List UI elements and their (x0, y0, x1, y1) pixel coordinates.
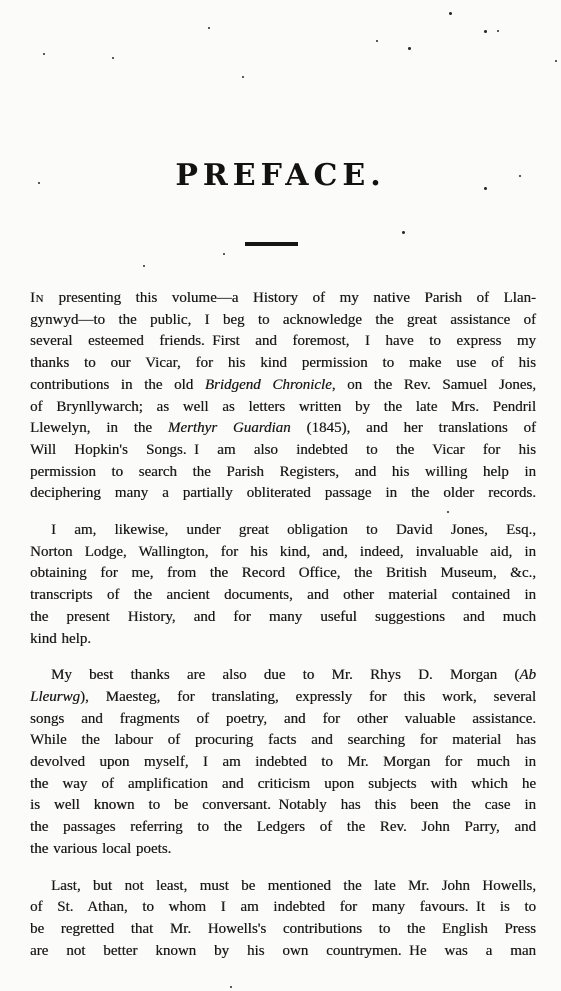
paragraph: I am, likewise, under great obligation t… (30, 520, 536, 650)
text-line: of Brynllywarch; as well as letters writ… (30, 397, 536, 419)
text-run: Norton Lodge, Wallington, for his kind, … (30, 544, 536, 560)
scan-speckle (230, 986, 232, 988)
text-line: thanks to our Vicar, for his kind permis… (30, 353, 536, 375)
text-run: of St. Athan, to whom I am indebted for … (30, 899, 536, 915)
text-line: I am, likewise, under great obligation t… (30, 520, 536, 542)
text-line: of St. Athan, to whom I am indebted for … (30, 897, 536, 919)
text-run: In (30, 290, 44, 306)
text-line: the present History, and for many useful… (30, 607, 536, 629)
text-line: Norton Lodge, Wallington, for his kind, … (30, 542, 536, 564)
page-title: PREFACE. (0, 158, 561, 193)
text-run: deciphering many a partially obliterated… (30, 485, 536, 501)
text-run: the various local poets. (30, 841, 171, 857)
text-line: Last, but not least, must be mentioned t… (30, 876, 536, 898)
text-run: (1845), and her translations of (291, 420, 536, 436)
text-line: several esteemed friends. First and fore… (30, 331, 536, 353)
text-line: Llewelyn, in the Merthyr Guardian (1845)… (30, 418, 536, 440)
scan-speckle (112, 57, 114, 59)
scan-speckle (208, 27, 210, 29)
text-run: Last, but not least, must be mentioned t… (51, 878, 536, 894)
text-line: obtaining for me, from the Record Office… (30, 563, 536, 585)
preface-text: In presenting this volume—a History of m… (30, 288, 536, 962)
italic-text-run: Merthyr Guardian (168, 420, 291, 436)
scan-speckle (484, 187, 487, 190)
text-run: the passages referring to the Ledgers of… (30, 819, 536, 835)
paragraph: My best thanks are also due to Mr. Rhys … (30, 665, 536, 860)
scan-speckle (555, 60, 557, 62)
scan-speckle (449, 12, 452, 15)
text-run: kind help. (30, 631, 91, 647)
text-run: are not better known by his own countrym… (30, 943, 536, 959)
text-run: several esteemed friends. First and fore… (30, 333, 536, 349)
text-line: the various local poets. (30, 839, 536, 861)
text-line: kind help. (30, 629, 536, 651)
text-line: gynwyd—to the public, I beg to acknowled… (30, 310, 536, 332)
text-line: contributions in the old Bridgend Chroni… (30, 375, 536, 397)
book-page: PREFACE. In presenting this volume—a His… (0, 0, 561, 991)
text-line: While the labour of procuring facts and … (30, 730, 536, 752)
scan-speckle (519, 175, 521, 177)
text-run: songs and fragments of poetry, and for o… (30, 711, 536, 727)
text-line: the way of amplification and criticism u… (30, 774, 536, 796)
text-run: is well known to be conversant. Notably … (30, 797, 536, 813)
text-run: thanks to our Vicar, for his kind permis… (30, 355, 536, 371)
text-line: the passages referring to the Ledgers of… (30, 817, 536, 839)
text-line: My best thanks are also due to Mr. Rhys … (30, 665, 536, 687)
scan-speckle (43, 53, 45, 55)
text-run: of Brynllywarch; as well as letters writ… (30, 399, 536, 415)
text-line: In presenting this volume—a History of m… (30, 288, 536, 310)
text-run: My best thanks are also due to Mr. Rhys … (51, 667, 519, 683)
scan-speckle (484, 30, 487, 33)
text-line: transcripts of the ancient documents, an… (30, 585, 536, 607)
scan-speckle (408, 47, 411, 50)
title-divider (245, 242, 298, 246)
scan-speckle (447, 511, 449, 513)
text-run: the present History, and for many useful… (30, 609, 536, 625)
text-line: is well known to be conversant. Notably … (30, 795, 536, 817)
scan-speckle (143, 265, 145, 267)
text-run: the way of amplification and criticism u… (30, 776, 536, 792)
paragraph: In presenting this volume—a History of m… (30, 288, 536, 505)
text-line: devolved upon myself, I am indebted to M… (30, 752, 536, 774)
scan-speckle (402, 231, 405, 234)
text-line: be regretted that Mr. Howells's contribu… (30, 919, 536, 941)
text-run: permission to search the Parish Register… (30, 464, 536, 480)
text-run: ), Maesteg, for translating, expressly f… (80, 689, 536, 705)
text-run: , on the Rev. Samuel Jones, (332, 377, 536, 393)
scan-speckle (376, 40, 378, 42)
text-run: contributions in the old (30, 377, 205, 393)
scan-speckle (497, 30, 499, 32)
text-line: are not better known by his own countrym… (30, 941, 536, 963)
text-line: permission to search the Parish Register… (30, 462, 536, 484)
paragraph: Last, but not least, must be mentioned t… (30, 876, 536, 963)
text-run: While the labour of procuring facts and … (30, 732, 536, 748)
italic-text-run: Ab (519, 667, 536, 683)
text-run: presenting this volume—a History of my n… (44, 290, 536, 306)
text-run: I am, likewise, under great obligation t… (51, 522, 536, 538)
text-line: Lleurwg), Maesteg, for translating, expr… (30, 687, 536, 709)
text-line: Will Hopkin's Songs. I am also indebted … (30, 440, 536, 462)
text-line: deciphering many a partially obliterated… (30, 483, 536, 505)
italic-text-run: Bridgend Chronicle (205, 377, 332, 393)
scan-speckle (223, 253, 225, 255)
text-run: be regretted that Mr. Howells's contribu… (30, 921, 536, 937)
text-run: gynwyd—to the public, I beg to acknowled… (30, 312, 536, 328)
text-run: Llewelyn, in the (30, 420, 168, 436)
text-run: transcripts of the ancient documents, an… (30, 587, 536, 603)
text-run: obtaining for me, from the Record Office… (30, 565, 536, 581)
scan-speckle (38, 182, 40, 184)
text-line: songs and fragments of poetry, and for o… (30, 709, 536, 731)
text-run: devolved upon myself, I am indebted to M… (30, 754, 536, 770)
italic-text-run: Lleurwg (30, 689, 80, 705)
scan-speckle (242, 76, 244, 78)
text-run: Will Hopkin's Songs. I am also indebted … (30, 442, 536, 458)
